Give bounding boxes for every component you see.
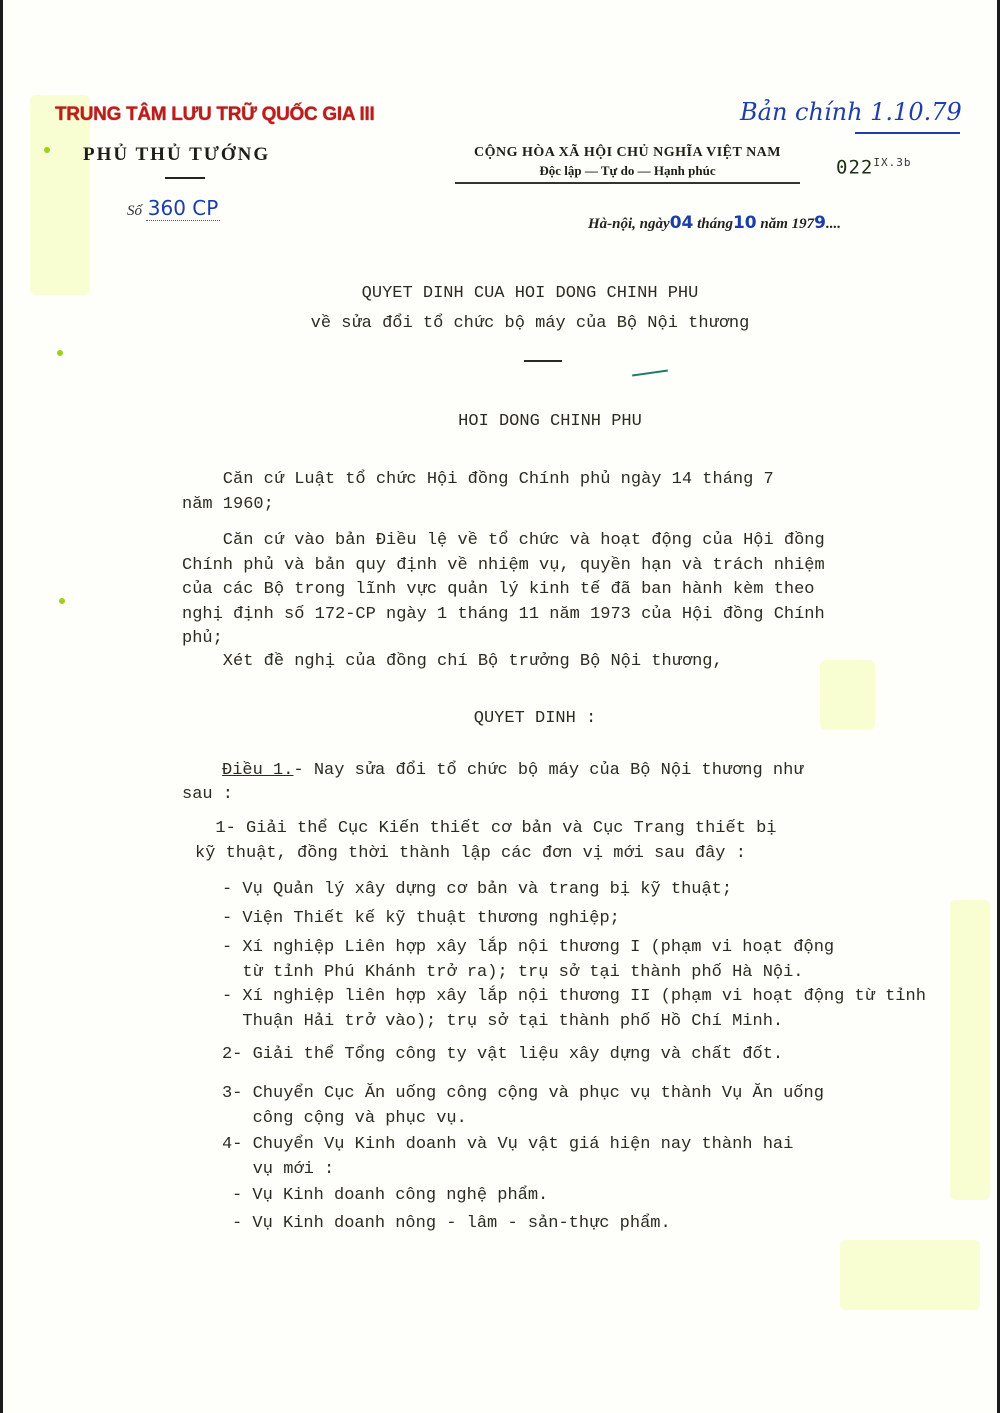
- registry-stamp: 022IX.3b: [836, 156, 911, 178]
- place-label: Hà-nội, ngày: [588, 216, 670, 232]
- article-1-cont: sau :: [182, 783, 233, 808]
- date-year-digit: 9: [814, 213, 826, 233]
- item-1-sub-4: - Xí nghiệp liên hợp xây lắp nội thương …: [222, 985, 926, 1034]
- punch-mark: [59, 598, 65, 604]
- handwritten-note: Bản chính 1.10.79: [740, 98, 962, 126]
- archive-stamp: TRUNG TÂM LƯU TRỮ QUỐC GIA III: [55, 104, 374, 126]
- authority-heading: HOI DONG CHINH PHU: [0, 410, 1000, 435]
- item-3: 3- Chuyển Cục Ăn uống công cộng và phục …: [222, 1082, 824, 1131]
- punch-mark: [44, 147, 50, 153]
- scan-stain: [840, 1240, 980, 1310]
- article-1: Điều 1.- Nay sửa đổi tổ chức bộ máy của …: [222, 759, 804, 784]
- title-divider: [524, 360, 562, 362]
- document-number: Số 360 CP: [127, 196, 220, 220]
- country-name: CỘNG HÒA XÃ HỘI CHỦ NGHĨA VIỆT NAM: [455, 145, 800, 161]
- date-month: 10: [733, 213, 757, 233]
- decision-heading: QUYET DINH :: [0, 707, 1000, 732]
- preamble-proposal: Xét đề nghị của đồng chí Bộ trưởng Bộ Nộ…: [182, 650, 723, 675]
- pen-mark: [632, 370, 668, 377]
- national-motto: Độc lập — Tự do — Hạnh phúc: [455, 163, 800, 179]
- article-1-label: Điều 1.: [222, 761, 293, 780]
- date-day: 04: [670, 213, 694, 233]
- issuer-divider: [165, 177, 205, 179]
- preamble-law: Căn cứ Luật tổ chức Hội đồng Chính phủ n…: [182, 468, 774, 517]
- preamble-charter: Căn cứ vào bản Điều lệ về tổ chức và hoạ…: [182, 529, 825, 652]
- decision-subtitle: về sửa đổi tổ chức bộ máy của Bộ Nội thư…: [0, 312, 1000, 337]
- item-4-sub-2: - Vụ Kinh doanh nông - lâm - sản-thực ph…: [232, 1212, 671, 1237]
- date-trail: ....: [826, 216, 841, 232]
- scan-stain: [950, 900, 990, 1200]
- year-label: năm 197: [760, 216, 814, 232]
- item-1: 1- Giải thể Cục Kiến thiết cơ bản và Cục…: [195, 817, 777, 866]
- motto-divider: [455, 182, 800, 184]
- item-4-sub-1: - Vụ Kinh doanh công nghệ phẩm.: [232, 1184, 548, 1209]
- item-1-sub-1: - Vụ Quản lý xây dựng cơ bản và trang bị…: [222, 878, 732, 903]
- month-label: tháng: [697, 216, 733, 232]
- item-1-sub-2: - Viện Thiết kế kỹ thuật thương nghiệp;: [222, 907, 620, 932]
- registry-number: 022: [836, 156, 873, 178]
- handwritten-underline: [855, 132, 960, 134]
- item-4: 4- Chuyển Vụ Kinh doanh và Vụ vật giá hi…: [222, 1133, 793, 1182]
- place-date: Hà-nội, ngày04 tháng10 năm 1979....: [588, 213, 841, 233]
- document-number-value: 360 CP: [146, 196, 221, 221]
- item-2: 2- Giải thể Tổng công ty vật liệu xây dự…: [222, 1043, 783, 1068]
- punch-mark: [57, 350, 63, 356]
- decision-title: QUYET DINH CUA HOI DONG CHINH PHU: [0, 282, 1000, 307]
- item-1-sub-3: - Xí nghiệp Liên hợp xây lắp nội thương …: [222, 936, 834, 985]
- issuing-office: PHỦ THỦ TƯỚNG: [83, 144, 270, 166]
- registry-suffix: IX.3b: [873, 156, 911, 169]
- national-heading: CỘNG HÒA XÃ HỘI CHỦ NGHĨA VIỆT NAM Độc l…: [455, 145, 800, 179]
- document-number-label: Số: [127, 203, 142, 219]
